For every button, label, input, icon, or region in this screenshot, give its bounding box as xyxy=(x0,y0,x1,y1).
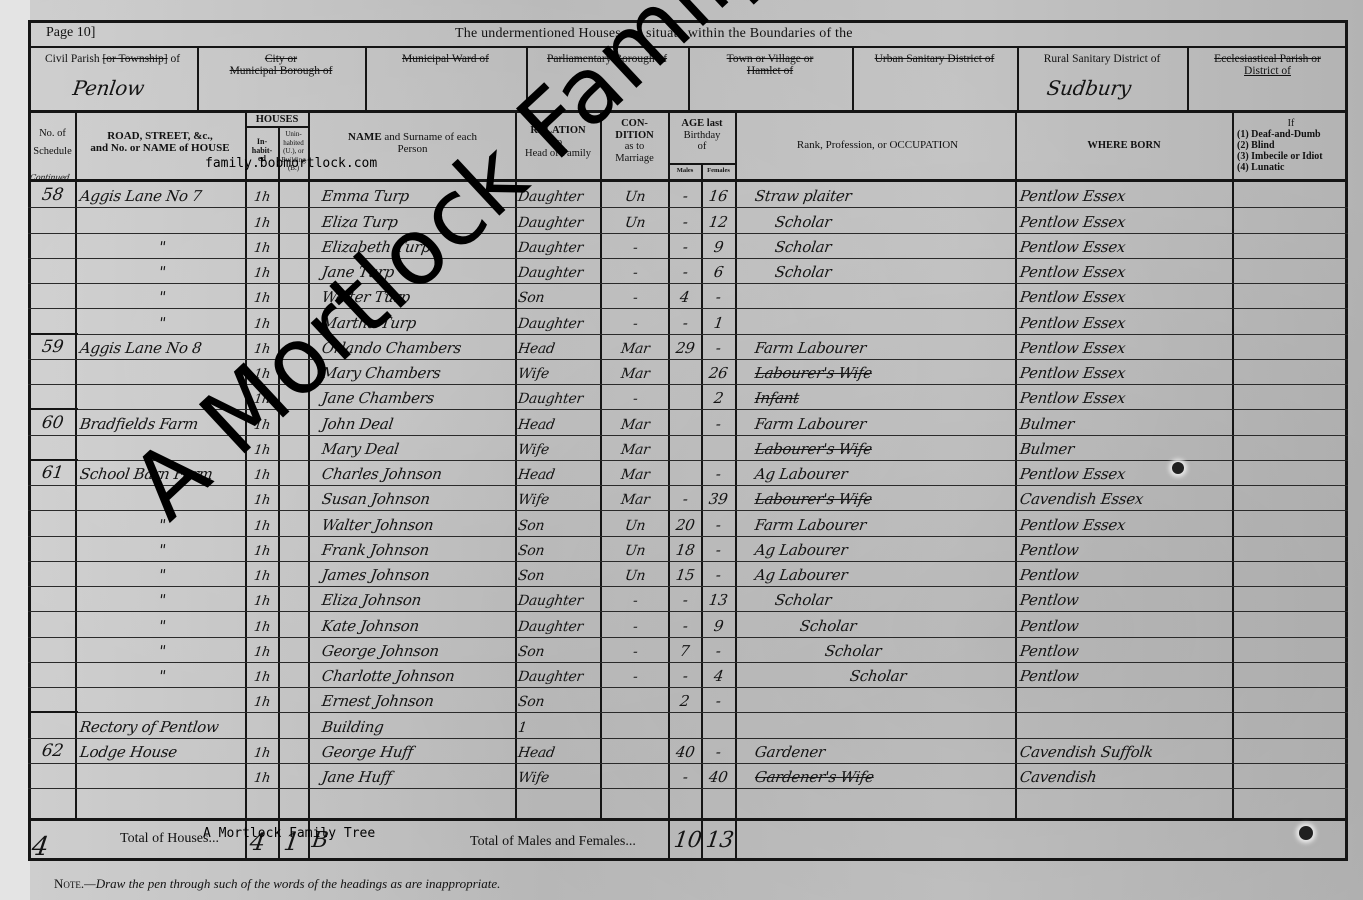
age-female-cell: - xyxy=(702,409,735,434)
birthplace: Pentlow xyxy=(1019,541,1080,559)
admin-box-label-part: [or Township] xyxy=(102,53,167,65)
birthplace-cell: Cavendish Essex xyxy=(1020,485,1230,510)
occupation: Gardener's Wife xyxy=(754,768,875,786)
occupation: Scholar xyxy=(774,213,833,231)
age-male: - xyxy=(681,667,688,685)
census-page: Page 10] The undermentioned Houses are s… xyxy=(0,0,1363,900)
person-name-cell: Building xyxy=(322,712,512,737)
marital-condition: Mar xyxy=(620,417,651,433)
header-schedule: No. of Schedule xyxy=(30,128,75,157)
age-male-cell: 7 xyxy=(669,637,701,662)
age-male-cell: 40 xyxy=(669,738,701,763)
marital-condition: - xyxy=(632,644,639,660)
schedule-number-cell xyxy=(30,712,75,737)
schedule-number-cell xyxy=(30,308,75,333)
age-female-cell: - xyxy=(702,738,735,763)
relation-to-head-cell: Son xyxy=(518,687,600,712)
occupation: Ag Labourer xyxy=(754,566,849,584)
occupation-cell: Scholar xyxy=(755,611,1013,636)
age-female-cell: 40 xyxy=(702,763,735,788)
person-name: Walter Johnson xyxy=(321,516,435,534)
uninhabited-mark-cell xyxy=(280,207,308,232)
birthplace: Pentlow Essex xyxy=(1019,364,1127,382)
inhabited-mark: 1h xyxy=(253,291,271,306)
person-name-cell: George Johnson xyxy=(322,637,512,662)
birthplace-cell: Pentlow Essex xyxy=(1020,258,1230,283)
schedule-number-cell xyxy=(30,435,75,460)
relation-to-head-cell: Son xyxy=(518,283,600,308)
occupation-cell: Ag Labourer xyxy=(755,561,1013,586)
inhabited-mark: 1h xyxy=(253,190,271,205)
schedule-number-cell: 59 xyxy=(30,334,75,359)
road-or-house-name: Rectory of Pentlow xyxy=(79,718,220,736)
age-male-cell: - xyxy=(669,182,701,207)
age-male: - xyxy=(681,617,688,635)
age-male-cell: 18 xyxy=(669,536,701,561)
admin-box-label-part: of xyxy=(168,53,180,65)
admin-box-label-part: Urban Sanitary District of xyxy=(875,53,995,65)
inhabited-mark-cell: 1h xyxy=(247,738,277,763)
inhabited-mark: 1h xyxy=(253,771,271,786)
birthplace: Bulmer xyxy=(1019,440,1075,458)
schedule-number-cell xyxy=(30,662,75,687)
occupation: Straw plaiter xyxy=(754,187,853,205)
occupation: Farm Labourer xyxy=(754,415,868,433)
marital-condition: Mar xyxy=(620,341,651,357)
marital-condition: - xyxy=(632,265,639,281)
uninhabited-mark-cell xyxy=(280,258,308,283)
birthplace-cell: Pentlow xyxy=(1020,536,1230,561)
inhabited-mark: 1h xyxy=(253,216,271,231)
birthplace-cell: Cavendish Suffolk xyxy=(1020,738,1230,763)
admin-box-divider xyxy=(1017,47,1019,110)
age-male: - xyxy=(681,591,688,609)
birthplace: Cavendish Suffolk xyxy=(1019,743,1154,761)
admin-box-label: Rural Sanitary District of xyxy=(1020,53,1184,65)
occupation-cell: Gardener's Wife xyxy=(755,763,1013,788)
relation-to-head: Son xyxy=(517,518,545,534)
birthplace: Pentlow xyxy=(1019,667,1080,685)
marital-condition-cell xyxy=(603,687,668,712)
relation-to-head: Son xyxy=(517,568,545,584)
inhabited-mark: 1h xyxy=(253,569,271,584)
ink-blot xyxy=(1172,462,1184,474)
marital-condition-cell: - xyxy=(603,233,668,258)
footer-caption-overlay: A Mortlock Family Tree xyxy=(203,826,375,841)
header-infirmity: If (1) Deaf-and-Dumb (2) Blind (3) Imbec… xyxy=(1237,118,1345,173)
age-female: 39 xyxy=(708,490,729,508)
relation-to-head-cell: Wife xyxy=(518,763,600,788)
age-female: 16 xyxy=(708,187,729,205)
birthplace: Pentlow xyxy=(1019,617,1080,635)
marital-condition-cell: Mar xyxy=(603,435,668,460)
relation-to-head: Son xyxy=(517,644,545,660)
road-or-house-name-cell: " xyxy=(80,662,245,687)
age-male-cell xyxy=(669,409,701,434)
inhabited-mark: 1h xyxy=(253,594,271,609)
age-female: 13 xyxy=(708,591,729,609)
relation-to-head-cell: Daughter xyxy=(518,233,600,258)
person-name-cell: Charlotte Johnson xyxy=(322,662,512,687)
road-or-house-name: Aggis Lane No 8 xyxy=(79,339,203,357)
relation-to-head-cell: Head xyxy=(518,738,600,763)
relation-to-head: Head xyxy=(517,467,556,483)
age-male: 7 xyxy=(679,642,691,660)
age-male-cell: - xyxy=(669,258,701,283)
schedule-number: 58 xyxy=(41,185,65,205)
occupation-cell: Ag Labourer xyxy=(755,460,1013,485)
age-female-cell xyxy=(702,435,735,460)
marital-condition: Mar xyxy=(620,442,651,458)
age-male: 40 xyxy=(674,743,695,761)
admin-box-divider xyxy=(365,47,367,110)
marital-condition-cell: Un xyxy=(603,182,668,207)
relation-to-head-cell: Daughter xyxy=(518,258,600,283)
marital-condition-cell: - xyxy=(603,586,668,611)
totals-bottom-rule xyxy=(28,858,1348,861)
age-male-cell: - xyxy=(669,233,701,258)
road-or-house-name: " xyxy=(158,617,167,635)
person-name: Charlotte Johnson xyxy=(321,667,456,685)
totals-top-rule xyxy=(28,818,1348,821)
age-male: 2 xyxy=(679,692,691,710)
inhabited-mark-cell: 1h xyxy=(247,258,277,283)
inhabited-mark-cell: 1h xyxy=(247,561,277,586)
person-name: Kate Johnson xyxy=(321,617,421,635)
relation-to-head-cell: Wife xyxy=(518,359,600,384)
totals-column-divider xyxy=(668,818,670,858)
inhabited-mark-cell: 1h xyxy=(247,510,277,535)
marital-condition-cell: - xyxy=(603,637,668,662)
admin-box-label-part: City or xyxy=(200,53,362,65)
occupation-cell: Farm Labourer xyxy=(755,510,1013,535)
person-name: George Johnson xyxy=(321,642,440,660)
marital-condition: - xyxy=(632,290,639,306)
age-male-cell xyxy=(669,460,701,485)
road-or-house-name-cell: " xyxy=(80,283,245,308)
road-or-house-name-cell: " xyxy=(80,258,245,283)
schedule-number-cell xyxy=(30,233,75,258)
row-rule xyxy=(28,788,1348,789)
schedule-number-cell xyxy=(30,207,75,232)
header-males: Males xyxy=(669,167,701,176)
person-name: Building xyxy=(321,718,385,736)
birthplace: Pentlow Essex xyxy=(1019,314,1127,332)
age-female-cell: 2 xyxy=(702,384,735,409)
age-female-cell xyxy=(702,712,735,737)
relation-to-head: Son xyxy=(517,543,545,559)
relation-to-head: Head xyxy=(517,417,556,433)
inhabited-mark: 1h xyxy=(253,695,271,710)
age-female: 6 xyxy=(713,263,725,281)
age-male-cell xyxy=(669,712,701,737)
occupation-cell: Straw plaiter xyxy=(755,182,1013,207)
birthplace-cell: Pentlow xyxy=(1020,611,1230,636)
age-male: - xyxy=(681,187,688,205)
uninhabited-mark-cell xyxy=(280,712,308,737)
admin-box-label-part: Town or Village or xyxy=(691,53,849,65)
occupation: Scholar xyxy=(774,263,833,281)
marital-condition-cell: Mar xyxy=(603,359,668,384)
birthplace-cell: Cavendish xyxy=(1020,763,1230,788)
uninhabited-mark-cell xyxy=(280,233,308,258)
inhabited-mark-cell: 1h xyxy=(247,207,277,232)
road-or-house-name: " xyxy=(158,314,167,332)
age-male: 29 xyxy=(674,339,695,357)
age-female-cell: - xyxy=(702,283,735,308)
birthplace-cell: Pentlow Essex xyxy=(1020,182,1230,207)
admin-box-label: Town or Village orHamlet of xyxy=(691,53,849,77)
age-female: 2 xyxy=(713,389,725,407)
occupation-cell: Scholar xyxy=(755,207,1013,232)
occupation-cell xyxy=(755,712,1013,737)
birthplace-cell: Pentlow xyxy=(1020,637,1230,662)
occupation-cell: Scholar xyxy=(755,258,1013,283)
age-male: - xyxy=(681,314,688,332)
marital-condition: - xyxy=(632,593,639,609)
marital-condition: Mar xyxy=(620,366,651,382)
inhabited-mark: 1h xyxy=(253,519,271,534)
admin-bottom-rule xyxy=(28,110,1348,113)
birthplace-cell: Pentlow xyxy=(1020,586,1230,611)
inhabited-mark-cell: 1h xyxy=(247,283,277,308)
header-occupation: Rank, Profession, or OCCUPATION xyxy=(740,140,1015,152)
marital-condition: Un xyxy=(624,189,646,205)
site-url-overlay: family.bobmortlock.com xyxy=(205,156,377,171)
occupation: Ag Labourer xyxy=(754,465,849,483)
admin-box-value: Penlow xyxy=(71,76,145,100)
relation-to-head: Daughter xyxy=(517,619,584,635)
marital-condition-cell: Mar xyxy=(603,460,668,485)
age-male: 20 xyxy=(674,516,695,534)
admin-box-divider xyxy=(197,47,199,110)
road-or-house-name-cell: " xyxy=(80,611,245,636)
occupation-cell: Gardener xyxy=(755,738,1013,763)
schedule-number: 59 xyxy=(41,337,65,357)
occupation: Infant xyxy=(754,389,801,407)
person-name-cell: John Deal xyxy=(322,409,512,434)
marital-condition: - xyxy=(632,391,639,407)
schedule-number-cell xyxy=(30,763,75,788)
schedule-number-cell xyxy=(30,561,75,586)
birthplace: Cavendish xyxy=(1019,768,1098,786)
schedule-number-cell xyxy=(30,586,75,611)
person-name-cell: Frank Johnson xyxy=(322,536,512,561)
admin-box-divider xyxy=(1187,47,1189,110)
person-name-cell: Eliza Johnson xyxy=(322,586,512,611)
admin-box-label-part: District of xyxy=(1190,65,1345,77)
admin-box-label: Ecclesiastical Parish orDistrict of xyxy=(1190,53,1345,77)
age-male-cell: 4 xyxy=(669,283,701,308)
age-female: 4 xyxy=(713,667,725,685)
schedule-number: 61 xyxy=(41,463,65,483)
admin-box-label-part: Ecclesiastical Parish or xyxy=(1190,53,1345,65)
age-female: - xyxy=(715,465,722,483)
marital-condition-cell: - xyxy=(603,662,668,687)
occupation-cell: Infant xyxy=(755,384,1013,409)
marital-condition-cell: - xyxy=(603,308,668,333)
age-male-cell xyxy=(669,359,701,384)
age-male: - xyxy=(681,768,688,786)
occupation-cell: Scholar xyxy=(755,637,1013,662)
schedule-number-cell xyxy=(30,611,75,636)
age-female: - xyxy=(715,743,722,761)
schedule-number-cell: 60 xyxy=(30,409,75,434)
age-female: 26 xyxy=(708,364,729,382)
header-age: AGE last Birthday of xyxy=(669,118,735,153)
inhabited-mark-cell: 1h xyxy=(247,687,277,712)
age-male-cell: - xyxy=(669,611,701,636)
age-male-cell: - xyxy=(669,207,701,232)
relation-to-head: Wife xyxy=(517,442,550,458)
inhabited-mark: 1h xyxy=(253,241,271,256)
age-female: - xyxy=(715,541,722,559)
marital-condition: - xyxy=(632,240,639,256)
person-name-cell: Susan Johnson xyxy=(322,485,512,510)
uninhabited-mark-cell xyxy=(280,536,308,561)
occupation-cell: Labourer's Wife xyxy=(755,485,1013,510)
age-female-cell: - xyxy=(702,536,735,561)
uninhabited-mark-cell xyxy=(280,561,308,586)
relation-to-head: Daughter xyxy=(517,265,584,281)
marital-condition: - xyxy=(632,669,639,685)
person-name-cell: Jane Chambers xyxy=(322,384,512,409)
occupation-cell: Scholar xyxy=(755,586,1013,611)
marital-condition-cell: Un xyxy=(603,561,668,586)
schedule-number-cell: 62 xyxy=(30,738,75,763)
inhabited-mark: 1h xyxy=(253,544,271,559)
admin-box-label-part: Municipal Ward of xyxy=(402,53,489,65)
marital-condition: Un xyxy=(624,543,646,559)
age-male-cell: - xyxy=(669,485,701,510)
occupation: Labourer's Wife xyxy=(754,440,873,458)
occupation-cell: Labourer's Wife xyxy=(755,435,1013,460)
road-or-house-name: " xyxy=(158,288,167,306)
birthplace: Cavendish Essex xyxy=(1019,490,1145,508)
person-name-cell: Charles Johnson xyxy=(322,460,512,485)
age-male: - xyxy=(681,263,688,281)
occupation-cell: Farm Labourer xyxy=(755,334,1013,359)
road-or-house-name-cell: Aggis Lane No 8 xyxy=(80,334,245,359)
total-males: 10 xyxy=(672,828,703,853)
birthplace-cell xyxy=(1020,712,1230,737)
punch-hole xyxy=(1299,826,1313,840)
age-female-cell: 13 xyxy=(702,586,735,611)
inhabited-mark-cell: 1h xyxy=(247,536,277,561)
person-name: Mary Deal xyxy=(321,440,400,458)
age-female-cell: 16 xyxy=(702,182,735,207)
admin-box-label-part: Rural Sanitary District of xyxy=(1044,53,1161,65)
age-male-cell: 20 xyxy=(669,510,701,535)
birthplace: Pentlow xyxy=(1019,591,1080,609)
road-or-house-name: " xyxy=(158,667,167,685)
marital-condition: Un xyxy=(624,215,646,231)
birthplace: Bulmer xyxy=(1019,415,1075,433)
occupation: Labourer's Wife xyxy=(754,364,873,382)
schedule-number-cell xyxy=(30,359,75,384)
birthplace: Pentlow Essex xyxy=(1019,288,1127,306)
marital-condition: - xyxy=(632,316,639,332)
person-name-cell: James Johnson xyxy=(322,561,512,586)
birthplace-cell: Pentlow Essex xyxy=(1020,384,1230,409)
uninhabited-mark-cell xyxy=(280,510,308,535)
admin-box-label-part: Municipal Borough of xyxy=(200,65,362,77)
road-or-house-name-cell: " xyxy=(80,536,245,561)
uninhabited-mark-cell xyxy=(280,485,308,510)
schedule-number-cell xyxy=(30,687,75,712)
age-male-cell: - xyxy=(669,662,701,687)
relation-to-head: Wife xyxy=(517,492,550,508)
age-female-cell: - xyxy=(702,637,735,662)
birthplace: Pentlow Essex xyxy=(1019,465,1127,483)
road-or-house-name-cell: Aggis Lane No 7 xyxy=(80,182,245,207)
inhabited-mark-cell xyxy=(247,712,277,737)
age-male-cell: 2 xyxy=(669,687,701,712)
inhabited-mark: 1h xyxy=(253,266,271,281)
road-or-house-name-cell xyxy=(80,687,245,712)
road-or-house-name-cell xyxy=(80,763,245,788)
age-female: - xyxy=(715,566,722,584)
inhabited-mark-cell: 1h xyxy=(247,611,277,636)
marital-condition-cell: Un xyxy=(603,536,668,561)
schedule-number-cell xyxy=(30,536,75,561)
age-female-cell: - xyxy=(702,561,735,586)
birthplace: Pentlow xyxy=(1019,566,1080,584)
uninhabited-mark-cell xyxy=(280,182,308,207)
uninhabited-mark-cell xyxy=(280,586,308,611)
uninhabited-mark-cell xyxy=(280,738,308,763)
age-male-cell: 29 xyxy=(669,334,701,359)
marital-condition: Un xyxy=(624,518,646,534)
birthplace: Pentlow Essex xyxy=(1019,389,1127,407)
person-name: James Johnson xyxy=(321,566,431,584)
age-female: - xyxy=(715,642,722,660)
relation-to-head-cell: Daughter xyxy=(518,308,600,333)
marital-condition: Mar xyxy=(620,492,651,508)
person-name-cell: George Huff xyxy=(322,738,512,763)
person-name: George Huff xyxy=(321,743,414,761)
occupation: Scholar xyxy=(824,642,883,660)
relation-to-head-cell: Daughter xyxy=(518,384,600,409)
occupation-cell: Farm Labourer xyxy=(755,409,1013,434)
uninhabited-mark-cell xyxy=(280,662,308,687)
uninhabited-mark-cell xyxy=(280,637,308,662)
road-or-house-name-cell: Rectory of Pentlow xyxy=(80,712,245,737)
schedule-number: 62 xyxy=(41,741,65,761)
occupation: Scholar xyxy=(799,617,858,635)
birthplace-cell: Pentlow Essex xyxy=(1020,233,1230,258)
road-or-house-name-cell: " xyxy=(80,637,245,662)
inhabited-mark-cell: 1h xyxy=(247,586,277,611)
age-female-cell: 1 xyxy=(702,308,735,333)
marital-condition-cell: - xyxy=(603,611,668,636)
relation-to-head-cell: 1 xyxy=(518,712,600,737)
occupation: Scholar xyxy=(774,238,833,256)
admin-box-value: Sudbury xyxy=(1045,76,1132,100)
age-female-cell: - xyxy=(702,687,735,712)
admin-box-divider xyxy=(852,47,854,110)
age-female-cell: 39 xyxy=(702,485,735,510)
occupation: Scholar xyxy=(774,591,833,609)
relation-to-head: Son xyxy=(517,290,545,306)
marital-condition: Mar xyxy=(620,467,651,483)
admin-box-label-part: Hamlet of xyxy=(691,65,849,77)
birthplace-cell: Pentlow Essex xyxy=(1020,510,1230,535)
age-female-cell: 9 xyxy=(702,611,735,636)
age-female-cell: - xyxy=(702,334,735,359)
age-female-cell: 4 xyxy=(702,662,735,687)
relation-to-head-cell: Head xyxy=(518,409,600,434)
